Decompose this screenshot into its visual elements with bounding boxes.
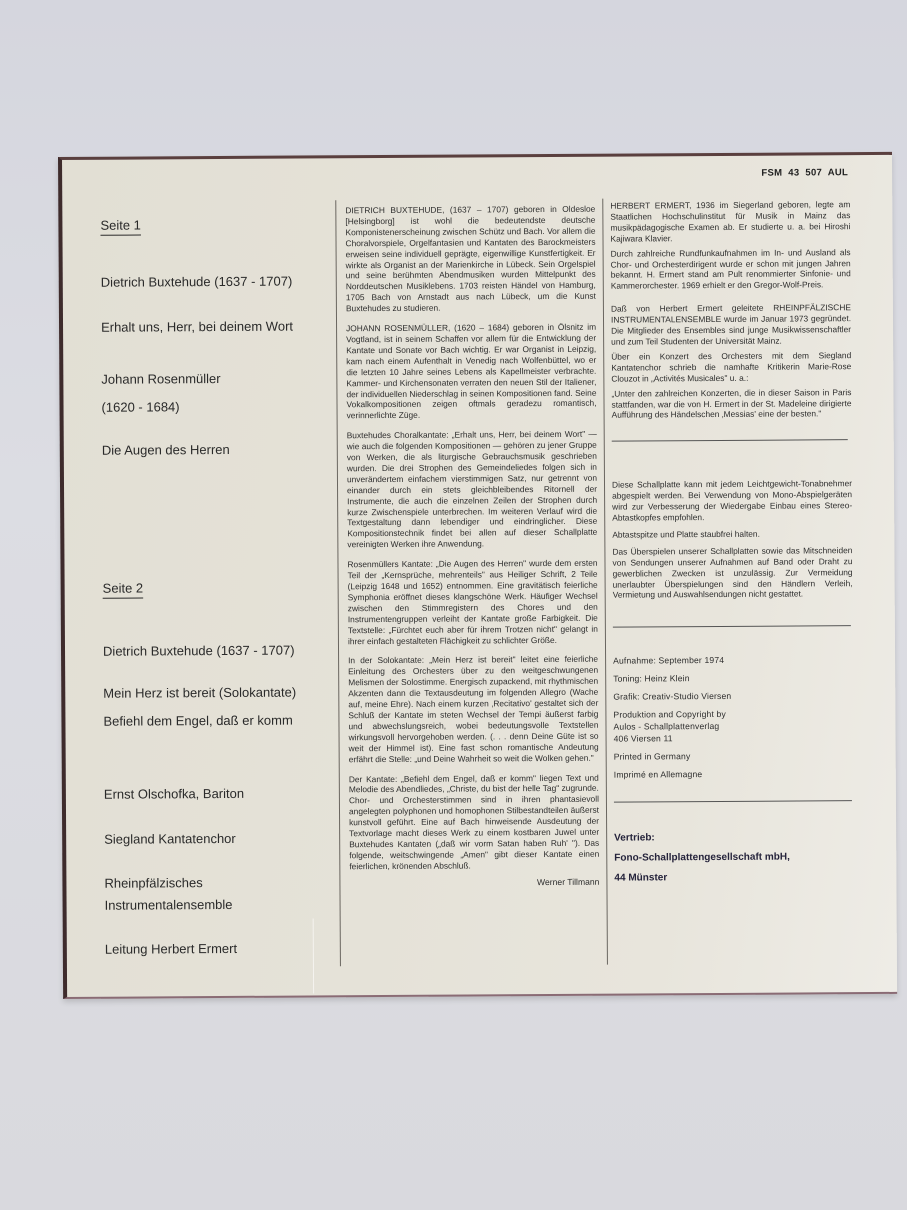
credit-printed: Printed in Germany <box>614 751 854 762</box>
separator-2 <box>613 626 851 628</box>
credit-production-2: Aulos - Schallplattenverlag <box>613 721 853 732</box>
liner-notes: DIETRICH BUXTEHUDE, (1637 – 1707) gebore… <box>345 204 599 888</box>
side-1-work-1: Erhalt uns, Herr, bei deinem Wort <box>101 319 293 335</box>
ensemble-info: Daß von Herbert Ermert geleitete RHEINPF… <box>611 302 851 347</box>
side-1-composer-2: Johann Rosenmüller <box>101 371 220 387</box>
performer-conductor: Leitung Herbert Ermert <box>105 941 237 957</box>
copyright-notice: Das Überspielen unserer Schallplatten so… <box>612 545 852 601</box>
side-2-label: Seite 2 <box>103 580 144 595</box>
performer-ensemble-line-1: Rheinpfälzisches <box>104 875 202 891</box>
credit-production-1: Produktion and Copyright by <box>613 709 853 720</box>
distribution-city: 44 Münster <box>614 872 854 884</box>
playback-notice: Diese Schallplatte kann mit jedem Leicht… <box>612 478 852 523</box>
performer-ensemble-line-2: Instrumentalensemble <box>105 897 233 913</box>
performer-choir: Siegland Kantatenchor <box>104 831 236 847</box>
side-1-composer-1: Dietrich Buxtehude (1637 - 1707) <box>101 274 293 290</box>
critic-quote: „Unter den zahlreichen Konzerten, die in… <box>611 387 851 421</box>
distribution-company: Fono-Schallplattengesellschaft mbH, <box>614 852 854 864</box>
note-erhalt-uns: Buxtehudes Choralkantate: „Erhalt uns, H… <box>347 429 598 550</box>
credit-production-3: 406 Viersen 11 <box>614 733 854 744</box>
separator-1 <box>612 439 848 441</box>
ermert-career: Durch zahlreiche Rundfunkaufnahmen im In… <box>611 247 851 292</box>
credit-graphics: Grafik: Creativ-Studio Viersen <box>613 691 853 702</box>
ermert-bio: HERBERT ERMERT, 1936 im Siegerland gebor… <box>610 199 850 244</box>
side-1-label: Seite 1 <box>100 217 141 232</box>
note-buxtehude-bio: DIETRICH BUXTEHUDE, (1637 – 1707) gebore… <box>345 204 596 315</box>
record-sleeve-back: FSM 43 507 AUL Seite 1 Dietrich Buxtehud… <box>58 152 897 999</box>
separator-3 <box>614 801 852 803</box>
credit-imprime: Imprimé en Allemagne <box>614 769 854 780</box>
catalog-number: FSM 43 507 AUL <box>761 167 848 179</box>
notes-author: Werner Tillmann <box>349 876 599 888</box>
distribution-info: Vertrieb: Fono-Schallplattengesellschaft… <box>614 832 854 884</box>
side-2-composer: Dietrich Buxtehude (1637 - 1707) <box>103 643 295 659</box>
column-divider-right <box>602 199 608 965</box>
side-1-work-2: Die Augen des Herren <box>102 442 230 458</box>
crease-mark <box>313 918 314 993</box>
track-listing: Seite 1 Dietrich Buxtehude (1637 - 1707)… <box>100 216 340 217</box>
distribution-label: Vertrieb: <box>614 832 854 844</box>
credit-recording: Aufnahme: September 1974 <box>613 655 853 666</box>
note-mein-herz: In der Solokantate: „Mein Herz ist berei… <box>348 654 599 765</box>
side-1-composer-2-dates: (1620 - 1684) <box>101 399 179 414</box>
care-notice: Abtastspitze und Platte staubfrei halten… <box>612 528 852 540</box>
performer-soloist: Ernst Olschofka, Bariton <box>104 786 244 802</box>
side-2-work-2: Befiehl dem Engel, daß er komm <box>103 713 292 729</box>
critic-intro: Über ein Konzert des Orchesters mit dem … <box>611 350 851 384</box>
production-credits: Aufnahme: September 1974 Toning: Heinz K… <box>613 655 854 780</box>
note-augen-des-herren: Rosenmüllers Kantate: „Die Augen des Her… <box>347 558 598 647</box>
credit-sound: Toning: Heinz Klein <box>613 673 853 684</box>
column-divider-left <box>335 200 341 966</box>
note-befiehl-dem-engel: Der Kantate: „Befiehl dem Engel, daß er … <box>349 772 600 872</box>
side-2-work-1: Mein Herz ist bereit (Solokantate) <box>103 685 296 701</box>
info-column: HERBERT ERMERT, 1936 im Siegerland gebor… <box>610 199 854 893</box>
note-rosenmueller-bio: JOHANN ROSENMÜLLER, (1620 – 1684) gebore… <box>346 322 597 422</box>
